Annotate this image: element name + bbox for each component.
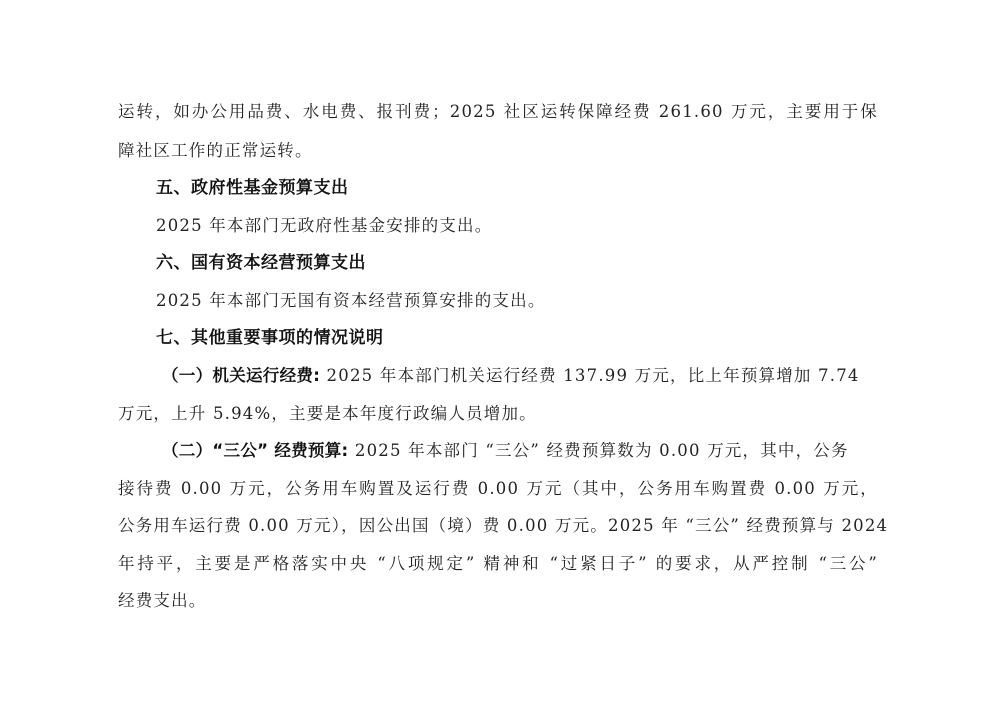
item-1-line-1: （一）机关运行经费: 2025 年本部门机关运行经费 137.99 万元，比上年… [162, 366, 878, 386]
section-7-heading: 七、其他重要事项的情况说明 [156, 328, 384, 348]
item-2-line-3: 公务用车运行费 0.00 万元），因公出国（境）费 0.00 万元。2025 年… [118, 516, 878, 536]
item-1-line-1-text: 2025 年本部门机关运行经费 137.99 万元，比上年预算增加 7.74 [320, 366, 860, 385]
paragraph-continuation-line-1: 运转，如办公用品费、水电费、报刊费；2025 社区运转保障经费 261.60 万… [118, 102, 878, 122]
item-2-line-1-text: 2025 年本部门 “三公” 经费预算数为 0.00 万元，其中，公务 [348, 441, 848, 460]
section-5-heading: 五、政府性基金预算支出 [156, 178, 349, 198]
item-2-line-4: 年持平，主要是严格落实中央 “八项规定” 精神和 “过紧日子” 的要求，从严控制… [118, 554, 878, 574]
paragraph-continuation-line-2: 障社区工作的正常运转。 [118, 141, 313, 161]
item-1-line-2: 万元，上升 5.94%，主要是本年度行政编人员增加。 [118, 404, 537, 424]
item-1-lead: （一）机关运行经费: [162, 366, 320, 385]
item-2-line-5: 经费支出。 [118, 591, 207, 611]
item-2-line-2: 接待费 0.00 万元，公务用车购置及运行费 0.00 万元（其中，公务用车购置… [118, 479, 878, 499]
item-2-line-1: （二）“三公” 经费预算: 2025 年本部门 “三公” 经费预算数为 0.00… [162, 441, 849, 461]
section-6-heading: 六、国有资本经营预算支出 [156, 253, 366, 273]
section-6-body: 2025 年本部门无国有资本经营预算安排的支出。 [156, 291, 546, 311]
section-5-body: 2025 年本部门无政府性基金安排的支出。 [156, 216, 492, 236]
item-2-lead: （二）“三公” 经费预算: [162, 441, 348, 460]
